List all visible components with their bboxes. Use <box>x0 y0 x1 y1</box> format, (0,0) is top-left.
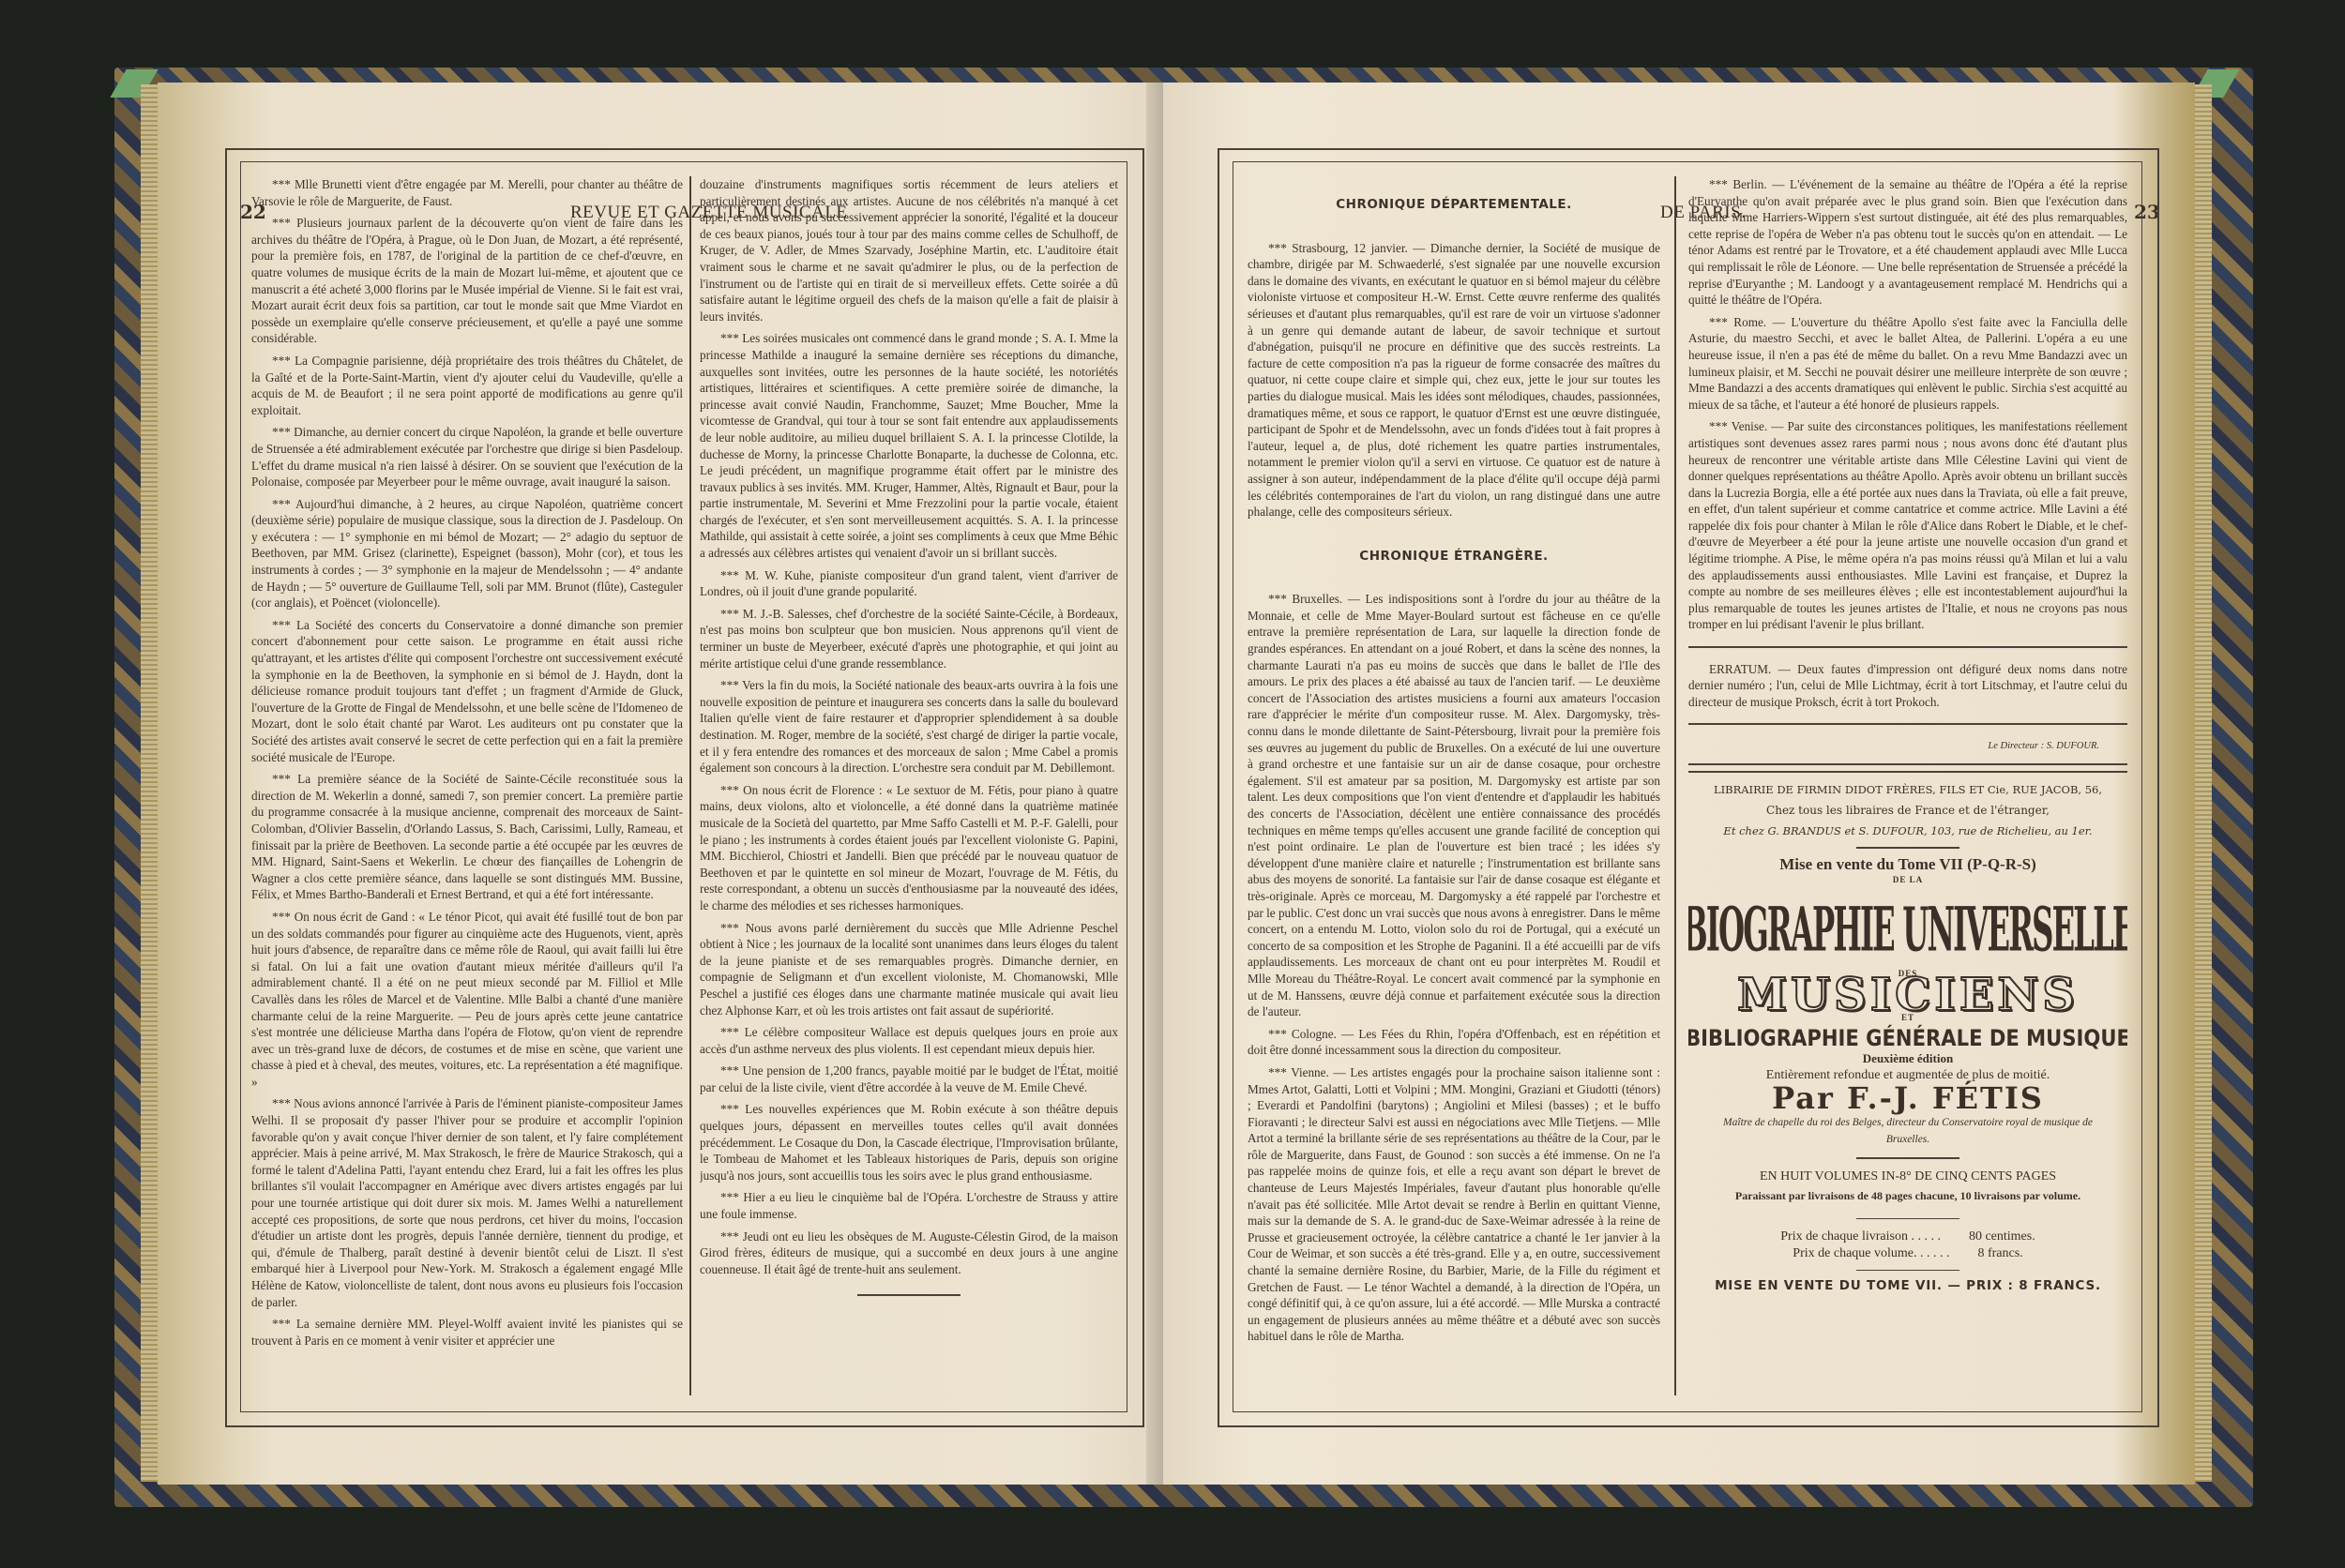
news-item: *** Jeudi ont eu lieu les obsèques de M.… <box>700 1229 1118 1278</box>
news-item: *** M. J.-B. Salesses, chef d'orchestre … <box>700 606 1118 671</box>
ad-rule <box>1856 1270 1959 1272</box>
news-item: *** Cologne. — Les Fées du Rhin, l'opéra… <box>1248 1026 1660 1059</box>
ad-footer: MISE EN VENTE DU TOME VII. — PRIX : 8 FR… <box>1688 1278 2127 1295</box>
news-item: *** Une pension de 1,200 francs, payable… <box>700 1063 1118 1095</box>
ad-price-row: Prix de chaque volume. . . . . . 8 franc… <box>1688 1245 2127 1262</box>
news-item: *** M. W. Kuhe, pianiste compositeur d'u… <box>700 567 1118 600</box>
left-page: 22 REVUE ET GAZETTE MUSICALE *** Mlle Br… <box>158 83 1163 1485</box>
ad-sellers: Chez tous les libraires de France et de … <box>1688 803 2127 820</box>
separator-rule <box>1688 646 2127 648</box>
left-page-column-1: *** Mlle Brunetti vient d'être engagée p… <box>251 176 683 1395</box>
ad-price-row: Prix de chaque livraison . . . . . 80 ce… <box>1688 1229 2127 1245</box>
separator-rule <box>1688 723 2127 725</box>
news-item: *** Strasbourg, 12 janvier. — Dimanche d… <box>1248 240 1660 520</box>
news-item: *** On nous écrit de Gand : « Le ténor P… <box>251 909 683 1091</box>
price-label: Prix de chaque livraison . . . . . <box>1780 1229 1941 1245</box>
ad-title-musiciens: MUSICIENS <box>1688 988 2127 1004</box>
section-title-etrangere: CHRONIQUE ÉTRANGÈRE. <box>1248 549 1660 565</box>
ad-also-at: Et chez G. BRANDUS et S. DUFOUR, 103, ru… <box>1688 823 2127 840</box>
news-item: *** La Société des concerts du Conservat… <box>251 617 683 765</box>
news-item: *** La semaine dernière MM. Pleyel-Wolff… <box>251 1316 683 1349</box>
ad-volumes: EN HUIT VOLUMES IN-8° DE CINQ CENTS PAGE… <box>1688 1168 2127 1185</box>
news-item: *** Aujourd'hui dimanche, à 2 heures, au… <box>251 496 683 611</box>
ad-publisher: LIBRAIRIE DE FIRMIN DIDOT FRÈRES, FILS E… <box>1688 782 2127 799</box>
ad-rule <box>1856 1218 1959 1220</box>
ad-de-la: DE LA <box>1688 872 2127 889</box>
page-edges-left <box>141 84 158 1482</box>
ad-rule <box>1856 847 1959 849</box>
news-item: *** Bruxelles. — Les indispositions sont… <box>1248 591 1660 1019</box>
news-item: douzaine d'instruments magnifiques sorti… <box>700 176 1118 324</box>
news-item: *** Vers la fin du mois, la Société nati… <box>700 677 1118 776</box>
price-value: 80 centimes. <box>1969 1229 2035 1245</box>
ad-installments: Paraissant par livraisons de 48 pages ch… <box>1688 1184 2127 1209</box>
ad-announcement: Mise en vente du Tome VII (P-Q-R-S) <box>1688 856 2127 873</box>
erratum: ERRATUM. — Deux fautes d'impression ont … <box>1688 661 2127 711</box>
right-page-column-1: CHRONIQUE DÉPARTEMENTALE. *** Strasbourg… <box>1248 176 1660 1395</box>
news-item: *** Hier a eu lieu le cinquième bal de l… <box>700 1189 1118 1222</box>
section-title-departementale: CHRONIQUE DÉPARTEMENTALE. <box>1248 197 1660 214</box>
news-item: *** La première séance de la Société de … <box>251 771 683 903</box>
ad-author-title: Maître de chapelle du roi des Belges, di… <box>1688 1115 2127 1148</box>
ad-edition: Deuxième édition <box>1688 1050 2127 1067</box>
column-divider <box>1674 176 1676 1395</box>
ad-title-biographie: BIOGRAPHIE UNIVERSELLE <box>1688 899 2127 960</box>
ad-rule <box>1856 1157 1959 1159</box>
left-page-column-2: douzaine d'instruments magnifiques sorti… <box>700 176 1118 1395</box>
news-item: *** Berlin. — L'événement de la semaine … <box>1688 176 2127 309</box>
news-item: *** Dimanche, au dernier concert du cirq… <box>251 424 683 490</box>
news-item: *** Le célèbre compositeur Wallace est d… <box>700 1024 1118 1057</box>
news-item: *** Les nouvelles expériences que M. Rob… <box>700 1101 1118 1184</box>
news-item: *** Rome. — L'ouverture du théâtre Apoll… <box>1688 314 2127 414</box>
director-signature: Le Directeur : S. DUFOUR. <box>1688 738 2099 755</box>
news-item: *** Mlle Brunetti vient d'être engagée p… <box>251 176 683 209</box>
price-label: Prix de chaque volume. . . . . . <box>1793 1245 1949 1262</box>
price-value: 8 francs. <box>1977 1245 2022 1262</box>
news-item: *** La Compagnie parisienne, déjà propri… <box>251 353 683 418</box>
thick-rule <box>1688 763 2127 773</box>
news-item: *** Vienne. — Les artistes engagés pour … <box>1248 1064 1660 1345</box>
news-item: *** Plusieurs journaux parlent de la déc… <box>251 215 683 347</box>
advertisement: LIBRAIRIE DE FIRMIN DIDOT FRÈRES, FILS E… <box>1688 782 2127 1294</box>
ad-title-bibliographie: BIBLIOGRAPHIE GÉNÉRALE DE MUSIQUE <box>1688 1031 2127 1048</box>
column-divider <box>689 176 691 1395</box>
ad-author: Par F.-J. FÉTIS <box>1688 1091 2127 1108</box>
end-rule <box>857 1294 961 1296</box>
news-item: *** Nous avions annoncé l'arrivée à Pari… <box>251 1095 683 1310</box>
news-item: *** Nous avons parlé dernièrement du suc… <box>700 920 1118 1019</box>
right-page-column-2: *** Berlin. — L'événement de la semaine … <box>1688 176 2127 1395</box>
news-item: *** Les soirées musicales ont commencé d… <box>700 330 1118 561</box>
news-item: *** On nous écrit de Florence : « Le sex… <box>700 782 1118 914</box>
right-page: DE PARIS. 23 CHRONIQUE DÉPARTEMENTALE. *… <box>1163 83 2195 1485</box>
page-edges-right <box>2193 84 2212 1482</box>
news-item: *** Venise. — Par suite des circonstance… <box>1688 418 2127 633</box>
